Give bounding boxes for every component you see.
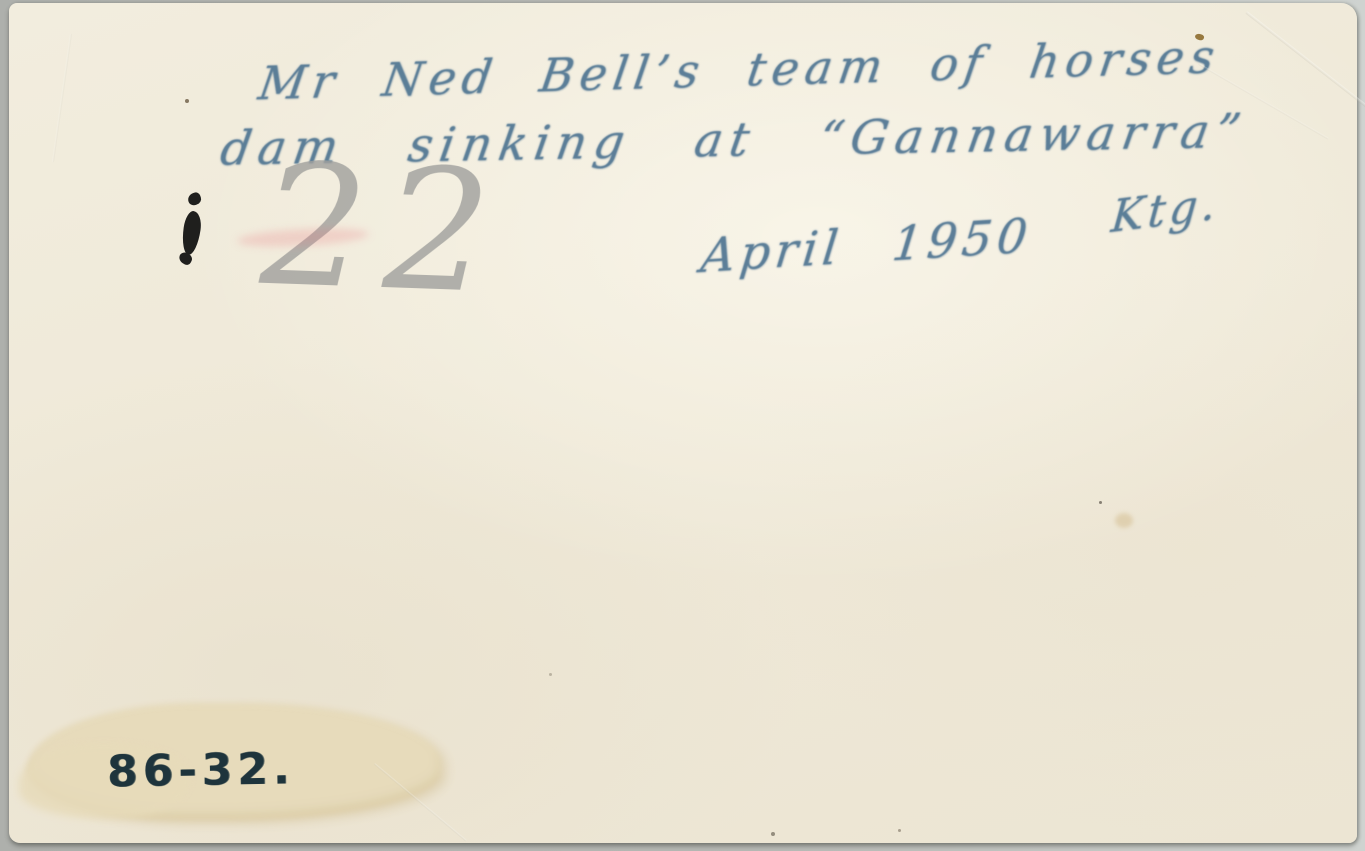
paper-speck xyxy=(771,832,775,836)
ink-blot xyxy=(179,193,211,271)
scanner-background: { "card": { "inscription": { "line1": "M… xyxy=(0,0,1365,851)
paper-speck xyxy=(549,673,552,676)
inscription-line-4: April 1950 xyxy=(698,209,1035,285)
photo-back-card: Mr Ned Bell’s team of horses dam sinking… xyxy=(9,3,1357,843)
paper-speck xyxy=(185,99,189,103)
ink-blot-dot xyxy=(186,191,202,207)
inscription-line-3: Ktg. xyxy=(1109,178,1221,243)
ink-blot-main xyxy=(180,210,203,256)
crease-line xyxy=(52,33,72,162)
paper-speck xyxy=(1099,501,1102,504)
paper-stain-spot xyxy=(1115,513,1133,528)
catalog-number: 86-32. xyxy=(107,743,295,797)
inscription-line-1: Mr Ned Bell’s team of horses xyxy=(255,29,1224,110)
paper-speck xyxy=(898,829,901,832)
